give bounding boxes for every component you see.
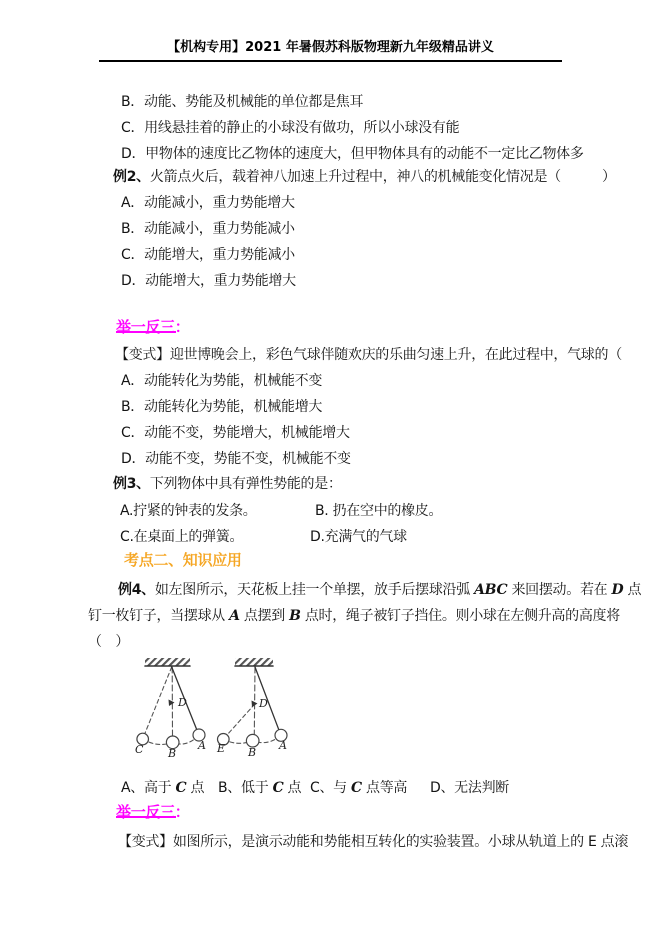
ex4-option-b-pre: B、低于 [218,780,273,796]
ex2-option-b: B．动能减小，重力势能减小 [121,220,295,238]
point-label-a-left: A [197,739,206,752]
ex3-stem-text: 下列物体中具有弹性势能的是： [150,476,342,492]
nail-marker-left [169,700,175,707]
ex2-option-a: A．动能减小，重力势能增大 [121,194,295,212]
lianxi2-heading-row: 举一反三： [116,803,190,822]
lianxi2-heading: 举一反三： [116,803,190,821]
page-header-title: 【机构专用】2021 年暑假苏科版物理新九年级精品讲义 [0,36,661,55]
point-label-b-left: B [167,747,176,760]
lianxi2-variant-label: 【变式】 [118,834,173,850]
lianxi1-option-c: C．动能不变，势能增大，机械能增大 [121,424,350,442]
ex4-line1-d: D [612,582,624,598]
ex4-line2-s3: 点时，绳子被钉子挡住。则小球在左侧升高的高度将 [301,608,620,624]
lianxi1-variant: 【变式】迎世博晚会上，彩色气球伴随欢庆的乐曲匀速上升，在此过程中，气球的（ ） [115,346,661,364]
ex4-line2-s1: 钉一枚钉子，当摆球从 [88,608,229,624]
ex3-option-b: B. 扔在空中的橡皮。 [315,502,442,520]
ex4-line2-b: B [289,608,301,624]
ex4-line1-s2: 来回摆动。若在 [507,582,611,598]
ex4-line2: 钉一枚钉子，当摆球从 A 点摆到 B 点时，绳子被钉子挡住。则小球在左侧升高的高… [88,607,620,625]
ceiling-hatch-right [235,658,273,666]
ex4-option-b: B、低于 C 点 [218,779,301,797]
q1-option-d: D．甲物体的速度比乙物体的速度大，但甲物体具有的动能不一定比乙物体多 [121,145,584,163]
ex4-line1: 例4、如左图所示，天花板上挂一个单摆，放手后摆球沿弧 ABC 来回摆动。若在 D… [118,581,641,599]
pendulum-right: D E B A [216,658,287,759]
ex4-line2-s2: 点摆到 [240,608,289,624]
lianxi1-option-b: B．动能转化为势能，机械能增大 [121,398,322,416]
ex4-option-c: C、与 C 点等高 [310,779,407,797]
ex4-option-d: D、无法判断 [430,779,509,797]
ex2-stem: 例2、火箭点火后，载着神八加速上升过程中，神八的机械能变化情况是（ ） [113,168,616,186]
ex2-label: 例2、 [113,169,150,185]
point-label-a-right: A [278,739,287,752]
pendulum-figure: D C B A D E B A [118,652,330,778]
ex4-line1-abc: ABC [474,582,507,598]
lianxi1-variant-label: 【变式】 [115,347,170,363]
ex4-option-c-em: C [351,780,362,796]
ex3-option-c: C.在桌面上的弹簧。 [120,528,243,546]
lianxi1-variant-stem: 迎世博晚会上，彩色气球伴随欢庆的乐曲匀速上升，在此过程中，气球的（ ） [170,347,661,363]
ex2-stem-text: 火箭点火后，载着神八加速上升过程中，神八的机械能变化情况是（ ） [150,169,616,185]
q1-option-b: B．动能、势能及机械能的单位都是焦耳 [121,93,363,111]
ceiling-hatch-left [145,658,190,666]
lianxi1-option-d: D．动能不变，势能不变，机械能不变 [121,450,351,468]
lianxi1-option-a: A．动能转化为势能，机械能不变 [121,372,322,390]
ex4-line2-a: A [229,608,240,624]
lianxi1-heading: 举一反三： [116,318,190,336]
pendulum-left: D C B A [135,658,206,760]
ex4-option-a-post: 点 [186,780,204,796]
ex4-label: 例4、 [118,582,155,598]
ex4-line3: （ ） [88,633,129,651]
ex4-option-a-em: C [176,780,187,796]
ex3-option-a: A.拧紧的钟表的发条。 [120,502,256,520]
ex4-option-a: A、高于 C 点 [121,779,204,797]
section2-heading-row: 考点二、知识应用 [124,551,242,570]
ex4-option-b-em: C [273,780,284,796]
ex4-line1-s1: 如左图所示，天花板上挂一个单摆，放手后摆球沿弧 [155,582,474,598]
ex3-label: 例3、 [113,476,150,492]
section2-heading: 考点二、知识应用 [124,551,242,569]
point-label-e: E [216,742,225,755]
ex4-option-b-post: 点 [283,780,301,796]
lianxi2-variant-stem: 如图所示，是演示动能和势能相互转化的实验装置。小球从轨道上的 E 点滚 [173,834,628,850]
point-label-d-left: D [177,696,187,709]
ex4-line1-s3: 点 [623,582,641,598]
ex4-option-a-pre: A、高于 [121,780,176,796]
point-label-c: C [135,743,144,756]
ex4-option-c-pre: C、与 [310,780,351,796]
ex3-stem: 例3、下列物体中具有弹性势能的是： [113,475,342,493]
ex2-option-d: D．动能增大，重力势能增大 [121,272,296,290]
point-label-b-right: B [247,746,256,759]
ex3-option-d: D.充满气的气球 [310,528,407,546]
lianxi2-variant: 【变式】如图所示，是演示动能和势能相互转化的实验装置。小球从轨道上的 E 点滚 [118,833,628,851]
lianxi1-heading-row: 举一反三： [116,318,190,337]
point-label-d-right: D [258,697,268,710]
q1-option-c: C．用线悬挂着的静止的小球没有做功，所以小球没有能 [121,119,459,137]
document-page: 【机构专用】2021 年暑假苏科版物理新九年级精品讲义 B．动能、势能及机械能的… [0,0,661,935]
ex4-option-d-pre: D、无法判断 [430,780,509,796]
ex4-option-c-post: 点等高 [362,780,407,796]
ex2-option-c: C．动能增大，重力势能减小 [121,246,295,264]
header-divider [99,60,562,62]
